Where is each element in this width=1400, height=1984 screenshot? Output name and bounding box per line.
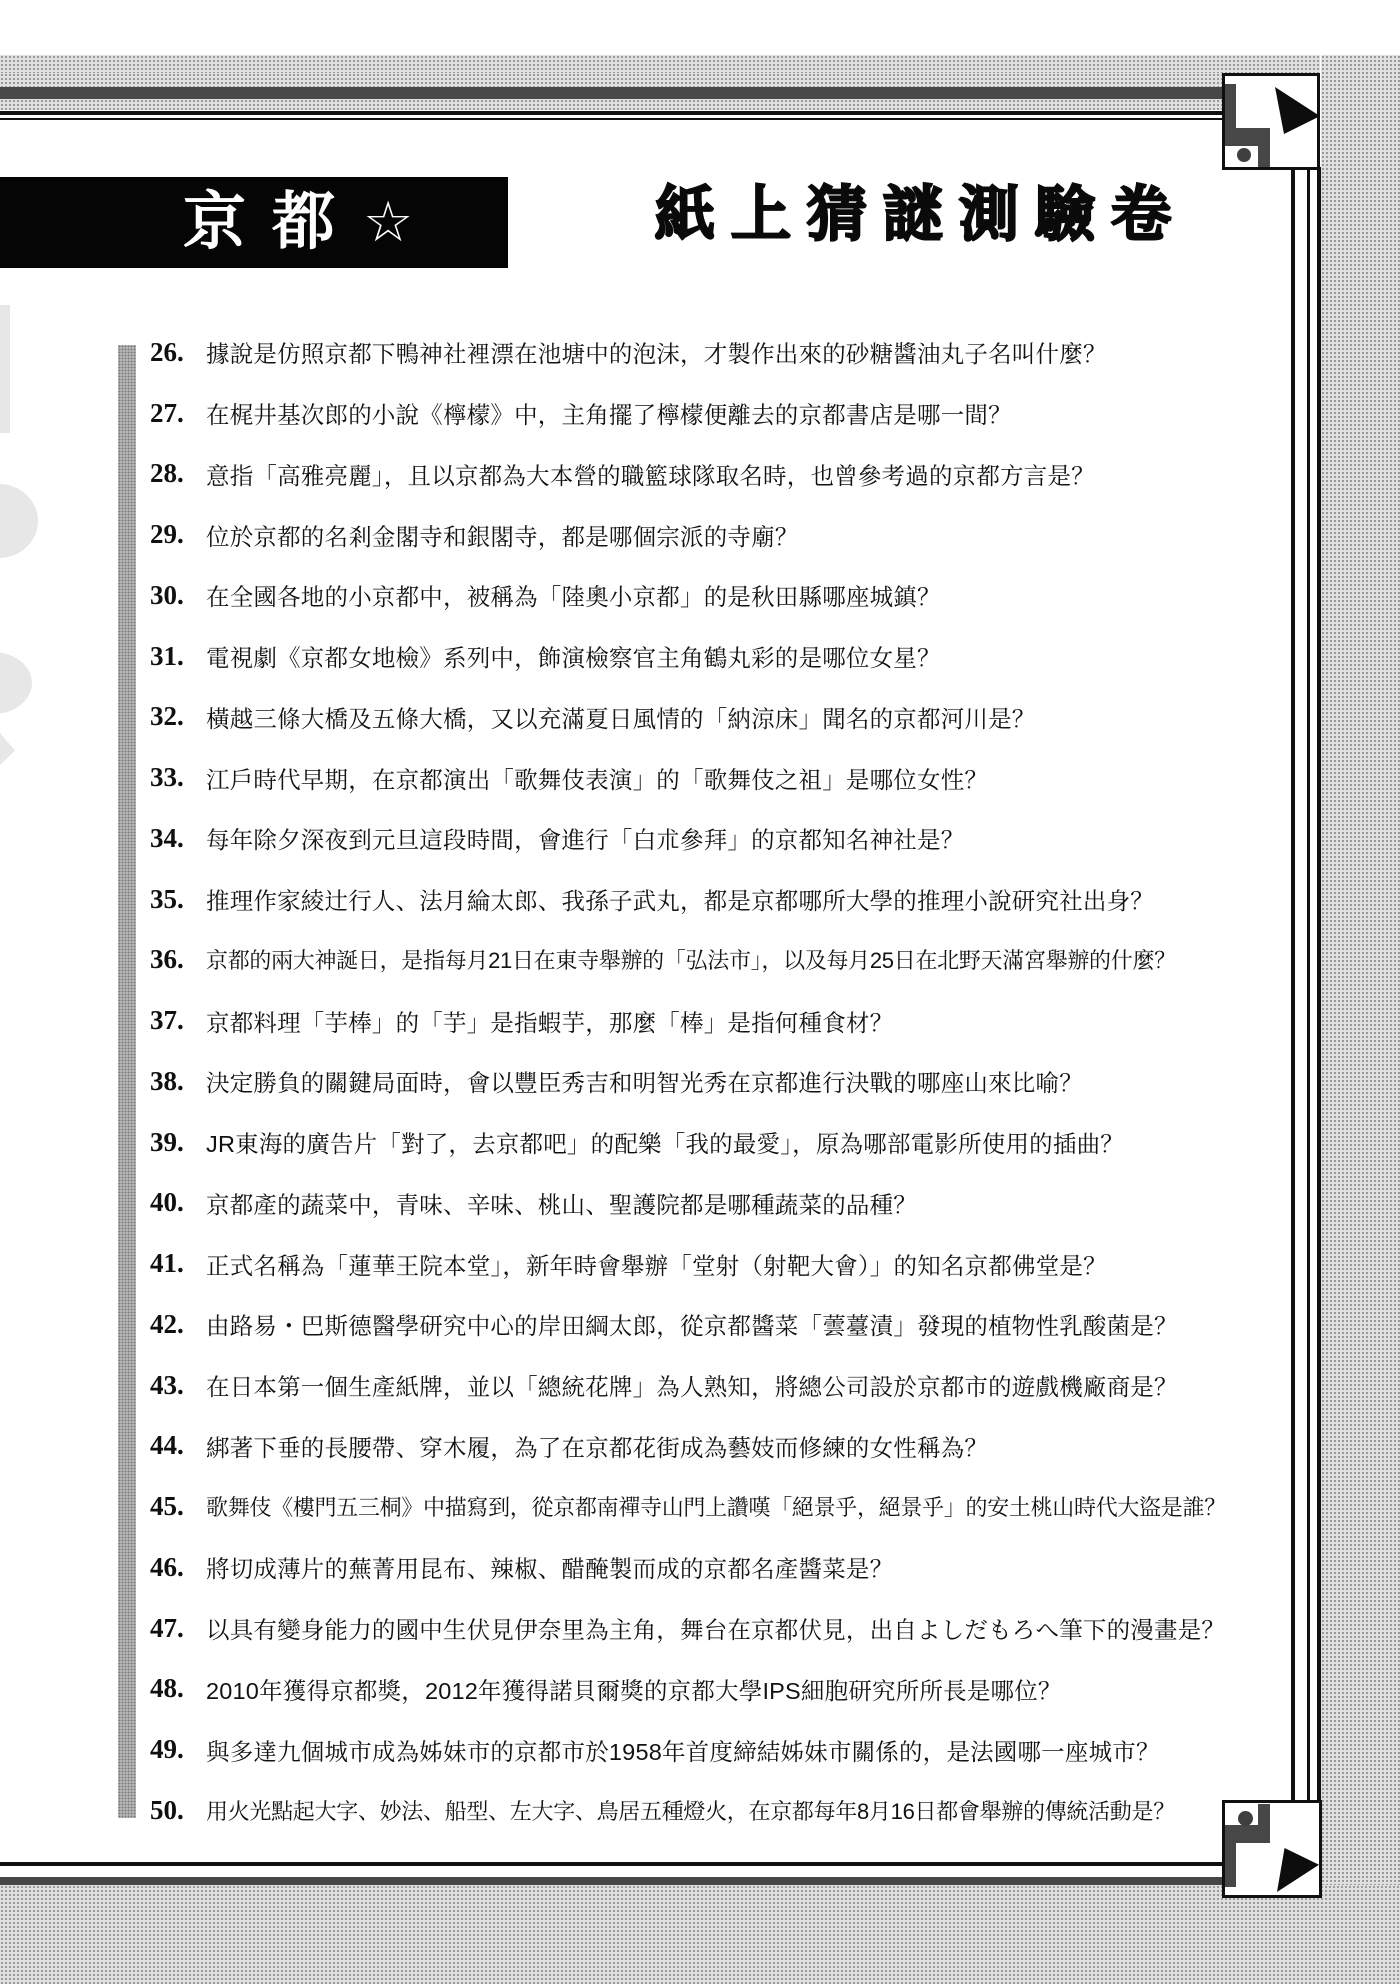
top-border-halftone-upper xyxy=(0,73,1222,87)
question-text: 由路易・巴斯德醫學研究中心的岸田綱太郎，從京都醬菜「蕓薹漬」發現的植物性乳酸菌是… xyxy=(206,1307,1178,1341)
question-row: 44.綁著下垂的長腰帶、穿木履，為了在京都花街成為藝妓而修練的女性稱為？ xyxy=(150,1416,1291,1477)
question-row: 30.在全國各地的小京都中，被稱為「陸奧小京都」的是秋田縣哪座城鎮？ xyxy=(150,565,1291,626)
question-row: 47.以具有變身能力的國中生伏見伊奈里為主角，舞台在京都伏見，出自よしだもろへ筆… xyxy=(150,1598,1291,1659)
corner-arrow-icon xyxy=(1275,87,1320,134)
question-row: 38.決定勝負的關鍵局面時，會以豐臣秀吉和明智光秀在京都進行決戰的哪座山來比喻？ xyxy=(150,1051,1291,1112)
question-row: 34.每年除夕深夜到元旦這段時間，會進行「白朮參拜」的京都知名神社是？ xyxy=(150,808,1291,869)
question-number: 41. xyxy=(150,1248,206,1279)
question-row: 27.在梶井基次郎的小說《檸檬》中，主角擺了檸檬便離去的京都書店是哪一間？ xyxy=(150,383,1291,444)
question-number: 50. xyxy=(150,1795,206,1826)
top-border-rule-thick xyxy=(0,111,1222,115)
question-row: 29.位於京都的名剎金閣寺和銀閣寺，都是哪個宗派的寺廟？ xyxy=(150,504,1291,565)
corner-arrow-icon xyxy=(1277,1848,1319,1892)
right-border-rule-middle xyxy=(1307,167,1310,1803)
question-row: 32.橫越三條大橋及五條大橋，又以充滿夏日風情的「納涼床」聞名的京都河川是？ xyxy=(150,687,1291,748)
question-text: 2010年獲得京都獎，2012年獲得諾貝爾獎的京都大學IPS細胞研究所所長是哪位… xyxy=(206,1672,1062,1706)
question-number: 31. xyxy=(150,641,206,672)
question-number: 45. xyxy=(150,1491,206,1522)
corner-step xyxy=(1236,128,1258,146)
question-row: 37.京都料理「芋棒」的「芋」是指蝦芋，那麼「棒」是指何種食材？ xyxy=(150,990,1291,1051)
question-text: 據說是仿照京都下鴨神社裡漂在池塘中的泡沫，才製作出來的砂糖醬油丸子名叫什麼？ xyxy=(206,335,1107,369)
question-number: 30. xyxy=(150,580,206,611)
question-row: 41.正式名稱為「蓮華王院本堂」，新年時會舉辦「堂射（射靶大會）」的知名京都佛堂… xyxy=(150,1233,1291,1294)
question-row: 42.由路易・巴斯德醫學研究中心的岸田綱太郎，從京都醬菜「蕓薹漬」發現的植物性乳… xyxy=(150,1294,1291,1355)
question-row: 28.意指「高雅亮麗」，且以京都為大本營的職籃球隊取名時，也曾參考過的京都方言是… xyxy=(150,444,1291,505)
top-border-rule-thin xyxy=(0,118,1222,120)
question-number: 43. xyxy=(150,1370,206,1401)
question-text: 用火光點起大字、妙法、船型、左大字、鳥居五種燈火，在京都每年8月16日都會舉辦的… xyxy=(206,1795,1175,1826)
question-text: 每年除夕深夜到元旦這段時間，會進行「白朮參拜」的京都知名神社是？ xyxy=(206,821,964,855)
question-text: 京都的兩大神誕日，是指每月21日在東寺舉辦的「弘法市」，以及每月25日在北野天滿… xyxy=(206,944,1176,975)
question-row: 36.京都的兩大神誕日，是指每月21日在東寺舉辦的「弘法市」，以及每月25日在北… xyxy=(150,930,1291,991)
question-number: 36. xyxy=(150,944,206,975)
right-border-halftone-field xyxy=(1321,55,1400,1984)
question-text: 位於京都的名剎金閣寺和銀閣寺，都是哪個宗派的寺廟？ xyxy=(206,518,799,552)
question-text: 在全國各地的小京都中，被稱為「陸奧小京都」的是秋田縣哪座城鎮？ xyxy=(206,578,941,612)
question-row: 26.據說是仿照京都下鴨神社裡漂在池塘中的泡沫，才製作出來的砂糖醬油丸子名叫什麼… xyxy=(150,322,1291,383)
question-number: 48. xyxy=(150,1673,206,1704)
edge-watermark-circle xyxy=(0,652,32,714)
banner-title: 京都 xyxy=(183,191,361,254)
question-text: 橫越三條大橋及五條大橋，又以充滿夏日風情的「納涼床」聞名的京都河川是？ xyxy=(206,700,1036,734)
question-number: 49. xyxy=(150,1734,206,1765)
question-row: 35.推理作家綾辻行人、法月綸太郎、我孫子武丸，都是京都哪所大學的推理小說研究社… xyxy=(150,869,1291,930)
title-banner: 京都 ☆ xyxy=(0,177,508,268)
question-text: 在日本第一個生產紙牌，並以「總統花牌」為人熟知，將總公司設於京都市的遊戲機廠商是… xyxy=(206,1368,1178,1402)
top-border-gray-stripe xyxy=(0,87,1222,99)
question-margin-bar xyxy=(118,345,136,1818)
question-row: 48.2010年獲得京都獎，2012年獲得諾貝爾獎的京都大學IPS細胞研究所所長… xyxy=(150,1659,1291,1720)
question-text: 正式名稱為「蓮華王院本堂」，新年時會舉辦「堂射（射靶大會）」的知名京都佛堂是？ xyxy=(206,1247,1107,1281)
question-number: 38. xyxy=(150,1066,206,1097)
question-row: 50.用火光點起大字、妙法、船型、左大字、鳥居五種燈火，在京都每年8月16日都會… xyxy=(150,1780,1291,1841)
question-row: 33.江戶時代早期，在京都演出「歌舞伎表演」的「歌舞伎之祖」是哪位女性？ xyxy=(150,747,1291,808)
question-number: 32. xyxy=(150,701,206,732)
question-text: 綁著下垂的長腰帶、穿木履，為了在京都花街成為藝妓而修練的女性稱為？ xyxy=(206,1429,988,1463)
question-number: 44. xyxy=(150,1430,206,1461)
question-number: 27. xyxy=(150,398,206,429)
question-text: 電視劇《京都女地檢》系列中，飾演檢察官主角鶴丸彩的是哪位女星？ xyxy=(206,639,941,673)
question-text: 在梶井基次郎的小說《檸檬》中，主角擺了檸檬便離去的京都書店是哪一間？ xyxy=(206,396,1012,430)
edge-watermark-wedge xyxy=(0,733,15,765)
question-text: 以具有變身能力的國中生伏見伊奈里為主角，舞台在京都伏見，出自よしだもろへ筆下的漫… xyxy=(206,1611,1225,1645)
bottom-border-halftone-field xyxy=(0,1885,1400,1984)
bottom-border-rule xyxy=(0,1862,1222,1866)
question-number: 40. xyxy=(150,1187,206,1218)
question-row: 40.京都產的蔬菜中，青味、辛味、桃山、聖護院都是哪種蔬菜的品種？ xyxy=(150,1173,1291,1234)
question-number: 46. xyxy=(150,1552,206,1583)
question-row: 45.歌舞伎《樓門五三桐》中描寫到，從京都南禪寺山門上讚嘆「絕景乎，絕景乎」的安… xyxy=(150,1476,1291,1537)
question-number: 39. xyxy=(150,1127,206,1158)
corner-step xyxy=(1225,84,1236,146)
question-row: 31.電視劇《京都女地檢》系列中，飾演檢察官主角鶴丸彩的是哪位女星？ xyxy=(150,626,1291,687)
question-text: 推理作家綾辻行人、法月綸太郎、我孫子武丸，都是京都哪所大學的推理小說研究社出身？ xyxy=(206,882,1154,916)
top-border-halftone-outer xyxy=(0,55,1320,73)
quiz-page: { "header": { "banner_title": "京都", "sta… xyxy=(0,0,1400,1984)
question-row: 39.JR東海的廣告片「對了，去京都吧」的配樂「我的最愛」，原為哪部電影所使用的… xyxy=(150,1112,1291,1173)
star-icon: ☆ xyxy=(363,195,413,251)
question-text: 意指「高雅亮麗」，且以京都為大本營的職籃球隊取名時，也曾參考過的京都方言是？ xyxy=(206,457,1095,491)
question-row: 49.與多達九個城市成為姊妹市的京都市於1958年首度締結姊妹市關係的，是法國哪… xyxy=(150,1719,1291,1780)
question-row: 46.將切成薄片的蕪菁用昆布、辣椒、醋醃製而成的京都名產醬菜是？ xyxy=(150,1537,1291,1598)
question-row: 43.在日本第一個生產紙牌，並以「總統花牌」為人熟知，將總公司設於京都市的遊戲機… xyxy=(150,1355,1291,1416)
question-number: 37. xyxy=(150,1005,206,1036)
question-number: 28. xyxy=(150,458,206,489)
corner-step xyxy=(1258,128,1270,167)
questions-list: 26.據說是仿照京都下鴨神社裡漂在池塘中的泡沫，才製作出來的砂糖醬油丸子名叫什麼… xyxy=(150,322,1291,1841)
question-text: 與多達九個城市成為姊妹市的京都市於1958年首度締結姊妹市關係的，是法國哪一座城… xyxy=(206,1733,1160,1767)
question-text: 決定勝負的關鍵局面時，會以豐臣秀吉和明智光秀在京都進行決戰的哪座山來比喻？ xyxy=(206,1064,1083,1098)
sheet-title: 紙上猜謎測驗卷 xyxy=(655,179,1225,251)
question-number: 26. xyxy=(150,337,206,368)
question-number: 47. xyxy=(150,1613,206,1644)
edge-watermark-bar xyxy=(0,305,10,433)
question-number: 34. xyxy=(150,823,206,854)
question-number: 35. xyxy=(150,884,206,915)
edge-watermark-circle xyxy=(0,484,38,558)
question-text: 京都產的蔬菜中，青味、辛味、桃山、聖護院都是哪種蔬菜的品種？ xyxy=(206,1186,917,1220)
question-text: 將切成薄片的蕪菁用昆布、辣椒、醋醃製而成的京都名產醬菜是？ xyxy=(206,1550,893,1584)
question-text: 歌舞伎《樓門五三桐》中描寫到，從京都南禪寺山門上讚嘆「絕景乎，絕景乎」的安土桃山… xyxy=(206,1491,1226,1522)
corner-ornament-top-right xyxy=(1222,73,1320,170)
right-border-rule-inner xyxy=(1291,167,1295,1803)
corner-dot-icon xyxy=(1237,148,1251,162)
question-number: 42. xyxy=(150,1309,206,1340)
bottom-border-gray-stripe xyxy=(0,1877,1222,1885)
question-text: 京都料理「芋棒」的「芋」是指蝦芋，那麼「棒」是指何種食材？ xyxy=(206,1004,893,1038)
question-number: 29. xyxy=(150,519,206,550)
top-border-halftone-lower xyxy=(0,99,1222,110)
right-border-rule-outer xyxy=(1317,167,1321,1803)
question-text: JR東海的廣告片「對了，去京都吧」的配樂「我的最愛」，原為哪部電影所使用的插曲？ xyxy=(206,1125,1124,1159)
question-number: 33. xyxy=(150,762,206,793)
question-text: 江戶時代早期，在京都演出「歌舞伎表演」的「歌舞伎之祖」是哪位女性？ xyxy=(206,761,988,795)
